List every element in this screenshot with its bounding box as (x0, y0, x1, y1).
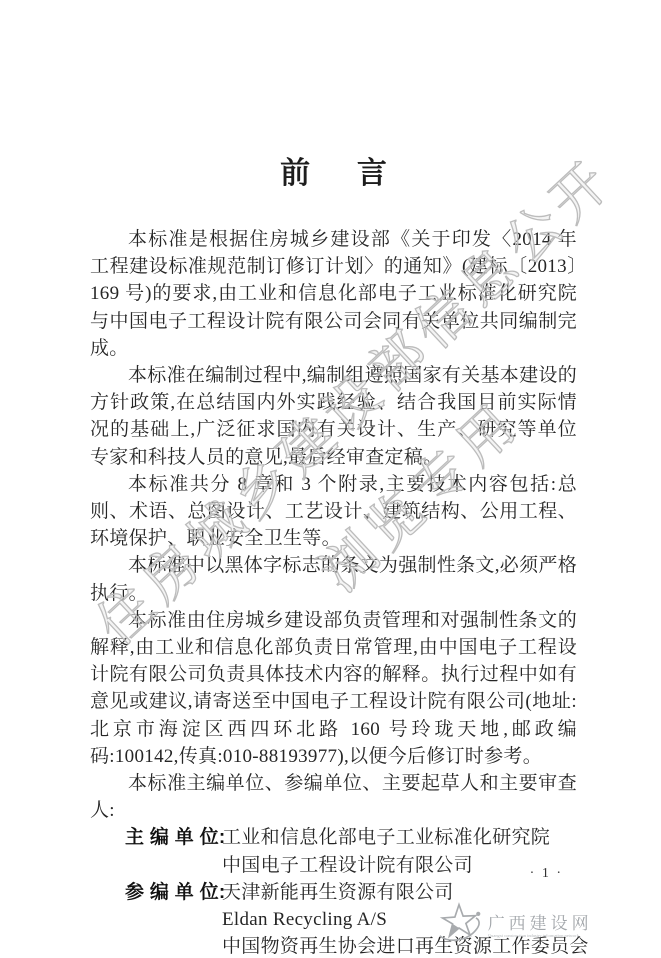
chief-editor-unit: 中国电子工程设计院有限公司 (222, 852, 577, 879)
logo-name: 广西建设网 (488, 909, 653, 934)
star-swoosh-icon (436, 901, 482, 950)
paragraph-mandatory-clause: 本标准中以黑体字标志的条文为强制性条文,必须严格执行。 (90, 552, 577, 606)
page-number: · 1 · (530, 866, 563, 882)
document-page: 住房城乡建设部信息公开 浏览专用 前 言 本标准是根据住房城乡建设部《关于印发〈… (0, 0, 661, 958)
chief-editor-label: 主 编 单 位: (125, 824, 222, 851)
chief-editor-unit-row: 主 编 单 位:工业和信息化部电子工业标准化研究院 (125, 824, 577, 851)
participating-editor-label: 参 编 单 位: (125, 879, 222, 906)
paragraph: 本标准由住房城乡建设部负责管理和对强制性条文的解释,由工业和信息化部负责日常管理… (90, 607, 577, 770)
paragraph-units-intro: 本标准主编单位、参编单位、主要起草人和主要审查人: (90, 770, 577, 824)
participating-unit: 天津新能再生资源有限公司 (222, 879, 454, 906)
logo-text: 广西建设网 Guangxi construction industry info… (488, 909, 653, 942)
paragraph: 本标准共分 8 章和 3 个附录,主要技术内容包括:总则、术语、总图设计、工艺设… (90, 471, 577, 553)
paragraph: 本标准在编制过程中,编制组遵照国家有关基本建设的方针政策,在总结国内外实践经验、… (90, 362, 577, 471)
paragraph: 本标准是根据住房城乡建设部《关于印发〈2014 年工程建设标准规范制订修订计划〉… (90, 226, 577, 362)
chief-editor-unit: 工业和信息化部电子工业标准化研究院 (222, 824, 550, 851)
guangxi-construction-network-logo: 广西建设网 Guangxi construction industry info… (436, 901, 653, 950)
page-title: 前 言 (90, 148, 577, 192)
document-body: 本标准是根据住房城乡建设部《关于印发〈2014 年工程建设标准规范制订修订计划〉… (90, 226, 577, 958)
logo-tagline: Guangxi construction industry informatio… (488, 933, 579, 938)
